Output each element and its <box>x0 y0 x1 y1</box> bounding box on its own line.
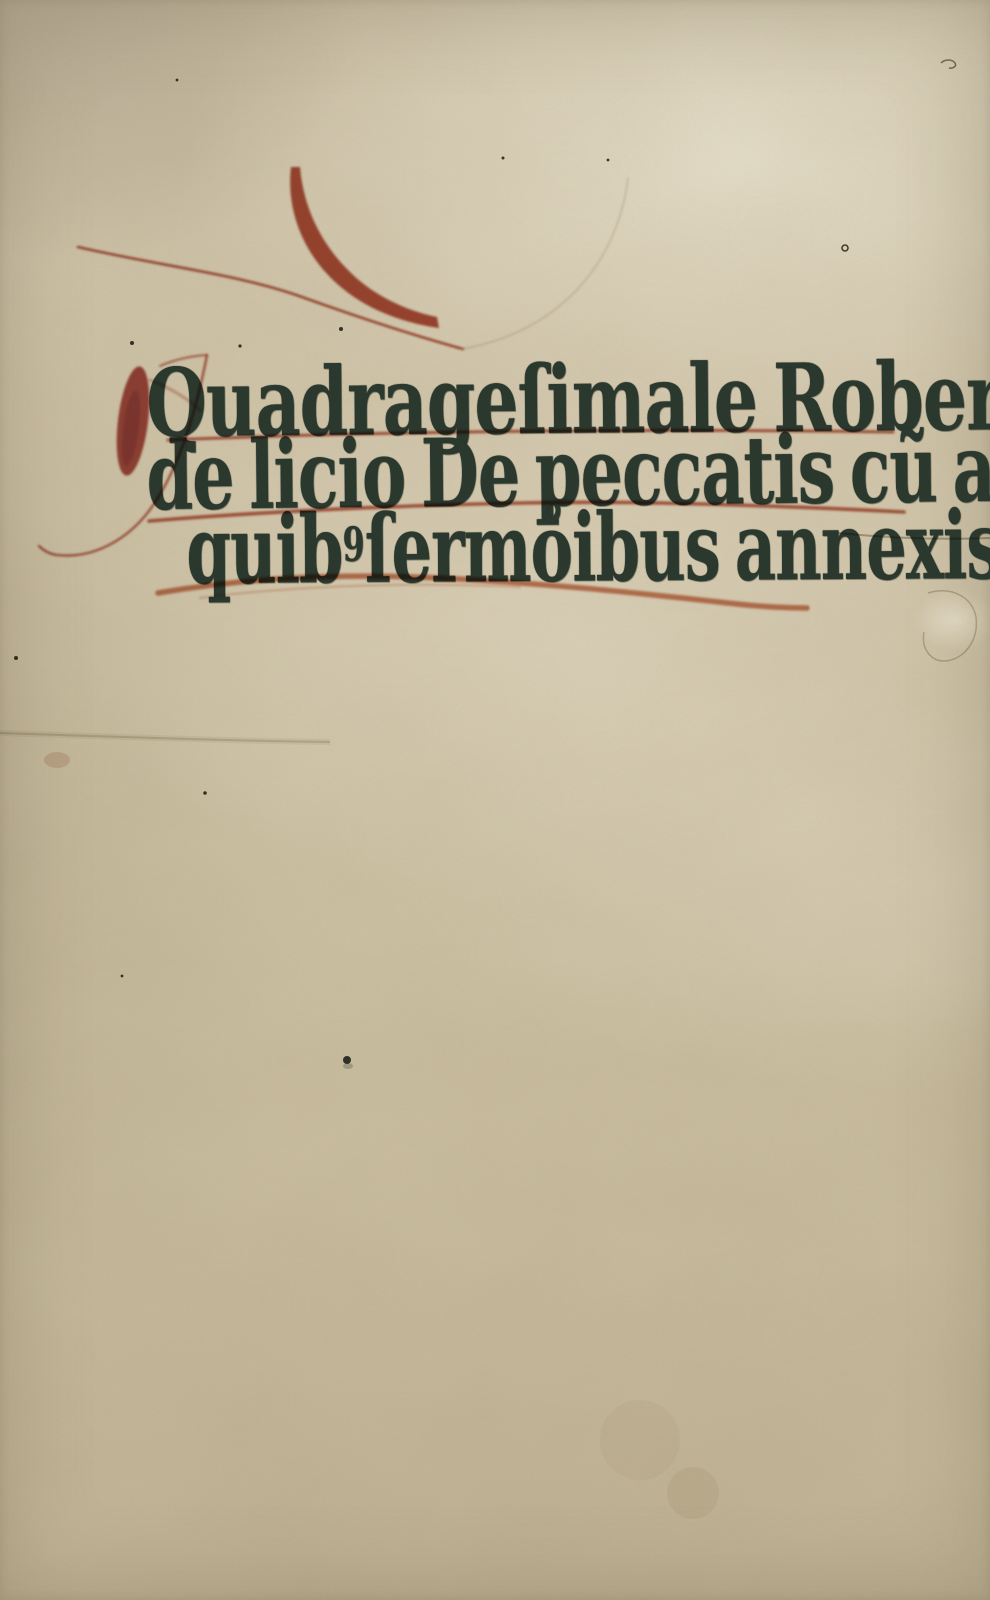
title-line-3-start: quib <box>186 495 343 606</box>
abbreviation-us-mark: 9 <box>342 518 365 573</box>
title-line-3-end: ſermo̊ibus annexis. <box>365 491 990 605</box>
book-page: Quadrageſimale Roberti de licio De pecca… <box>0 0 990 1600</box>
title-text-block: Quadrageſimale Roberti de licio De pecca… <box>0 0 990 1600</box>
title-line-3: quib9ſermo̊ibus annexis. <box>186 499 990 598</box>
